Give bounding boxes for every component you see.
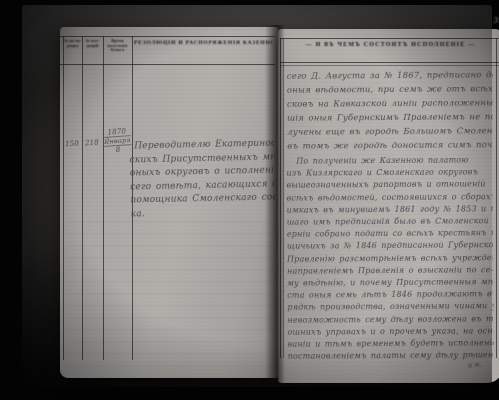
left-table-vline-1 xyxy=(63,36,64,360)
left-table-top-rule xyxy=(60,36,275,37)
ink-bleedthrough-texture xyxy=(66,217,271,367)
right-paragraph-1: сего Д. Августа за № 1867, предписано до… xyxy=(287,68,494,153)
handwritten-line: рядкѣ производства, означенными чинами у… xyxy=(287,301,493,315)
handwritten-line: оныя вѣдомости, при семъ же отъ всѣхъ во… xyxy=(287,82,493,97)
handwritten-line: въ томъ же городѣ доносится симъ почтені… xyxy=(287,138,493,153)
right-paragraph-2: По полученіи же Казенною палатоюизъ Кизл… xyxy=(286,154,493,363)
left-col2-header: № вхо- дящій xyxy=(83,39,102,48)
page-number: 39 xyxy=(493,16,499,25)
scanned-document-photo: 39 № по по- рядку № вхо- дящій Время пол… xyxy=(0,0,499,400)
left-page: № по по- рядку № вхо- дящій Время получе… xyxy=(60,27,278,378)
handwritten-line: шія оныя Губернскимъ Правленіемъ не по- xyxy=(287,110,493,125)
left-col1-header: № по по- рядку xyxy=(64,39,82,48)
right-main-column-header: — И ВЪ ЧЕМЪ СОСТОИТЪ ИСПОЛНЕНІЕ — xyxy=(298,42,483,48)
right-right-border xyxy=(496,38,497,358)
entry-date-day: 8 xyxy=(104,145,131,155)
entry-order-number: 150 xyxy=(65,140,79,149)
left-col3-header: Время полученія бумагъ xyxy=(104,39,131,53)
right-header-underline-2 xyxy=(280,65,499,66)
left-table-vline-2 xyxy=(82,36,83,360)
handwritten-line: щичьихъ за № 1846 предписанной Губернско… xyxy=(287,240,493,254)
right-top-rule xyxy=(280,38,499,39)
book-gutter-shadow xyxy=(265,25,285,383)
handwritten-line: лучены еще въ городѣ Большомъ Смоленскѣ, xyxy=(287,124,493,139)
left-table-vline-3 xyxy=(103,36,104,360)
handwritten-line: вышеозначенныхъ рапортовъ и отношеній xyxy=(286,179,492,193)
left-main-column-header: РЕЗОЛЮЦІИ И РАСПОРЯЖЕНІЯ КАЗЕННОЙ ПАЛАТЫ xyxy=(134,40,272,46)
photo-area: 39 № по по- рядку № вхо- дящій Время пол… xyxy=(22,5,492,387)
entry-date: 1870 Января 8 xyxy=(103,127,132,155)
left-resolution-paragraph: Переводителю Екатеринослав-скихъ Присутс… xyxy=(129,137,276,221)
right-page: — И ВЪ ЧЕМЪ СОСТОИТЪ ИСПОЛНЕНІЕ — сего Д… xyxy=(278,29,499,383)
handwritten-line: сего Д. Августа за № 1867, предписано до… xyxy=(287,68,493,83)
entry-incoming-number: 218 xyxy=(85,139,99,148)
handwritten-line: постановленіемъ палаты сему дѣлу рѣшеніе… xyxy=(288,350,494,364)
right-header-underline-1 xyxy=(280,62,499,63)
clerk-mark: и н. xyxy=(468,361,482,370)
left-table-header-bottom-rule xyxy=(60,64,275,65)
handwritten-line: сковъ на Кавказской линіи расположенныхъ… xyxy=(287,96,493,111)
